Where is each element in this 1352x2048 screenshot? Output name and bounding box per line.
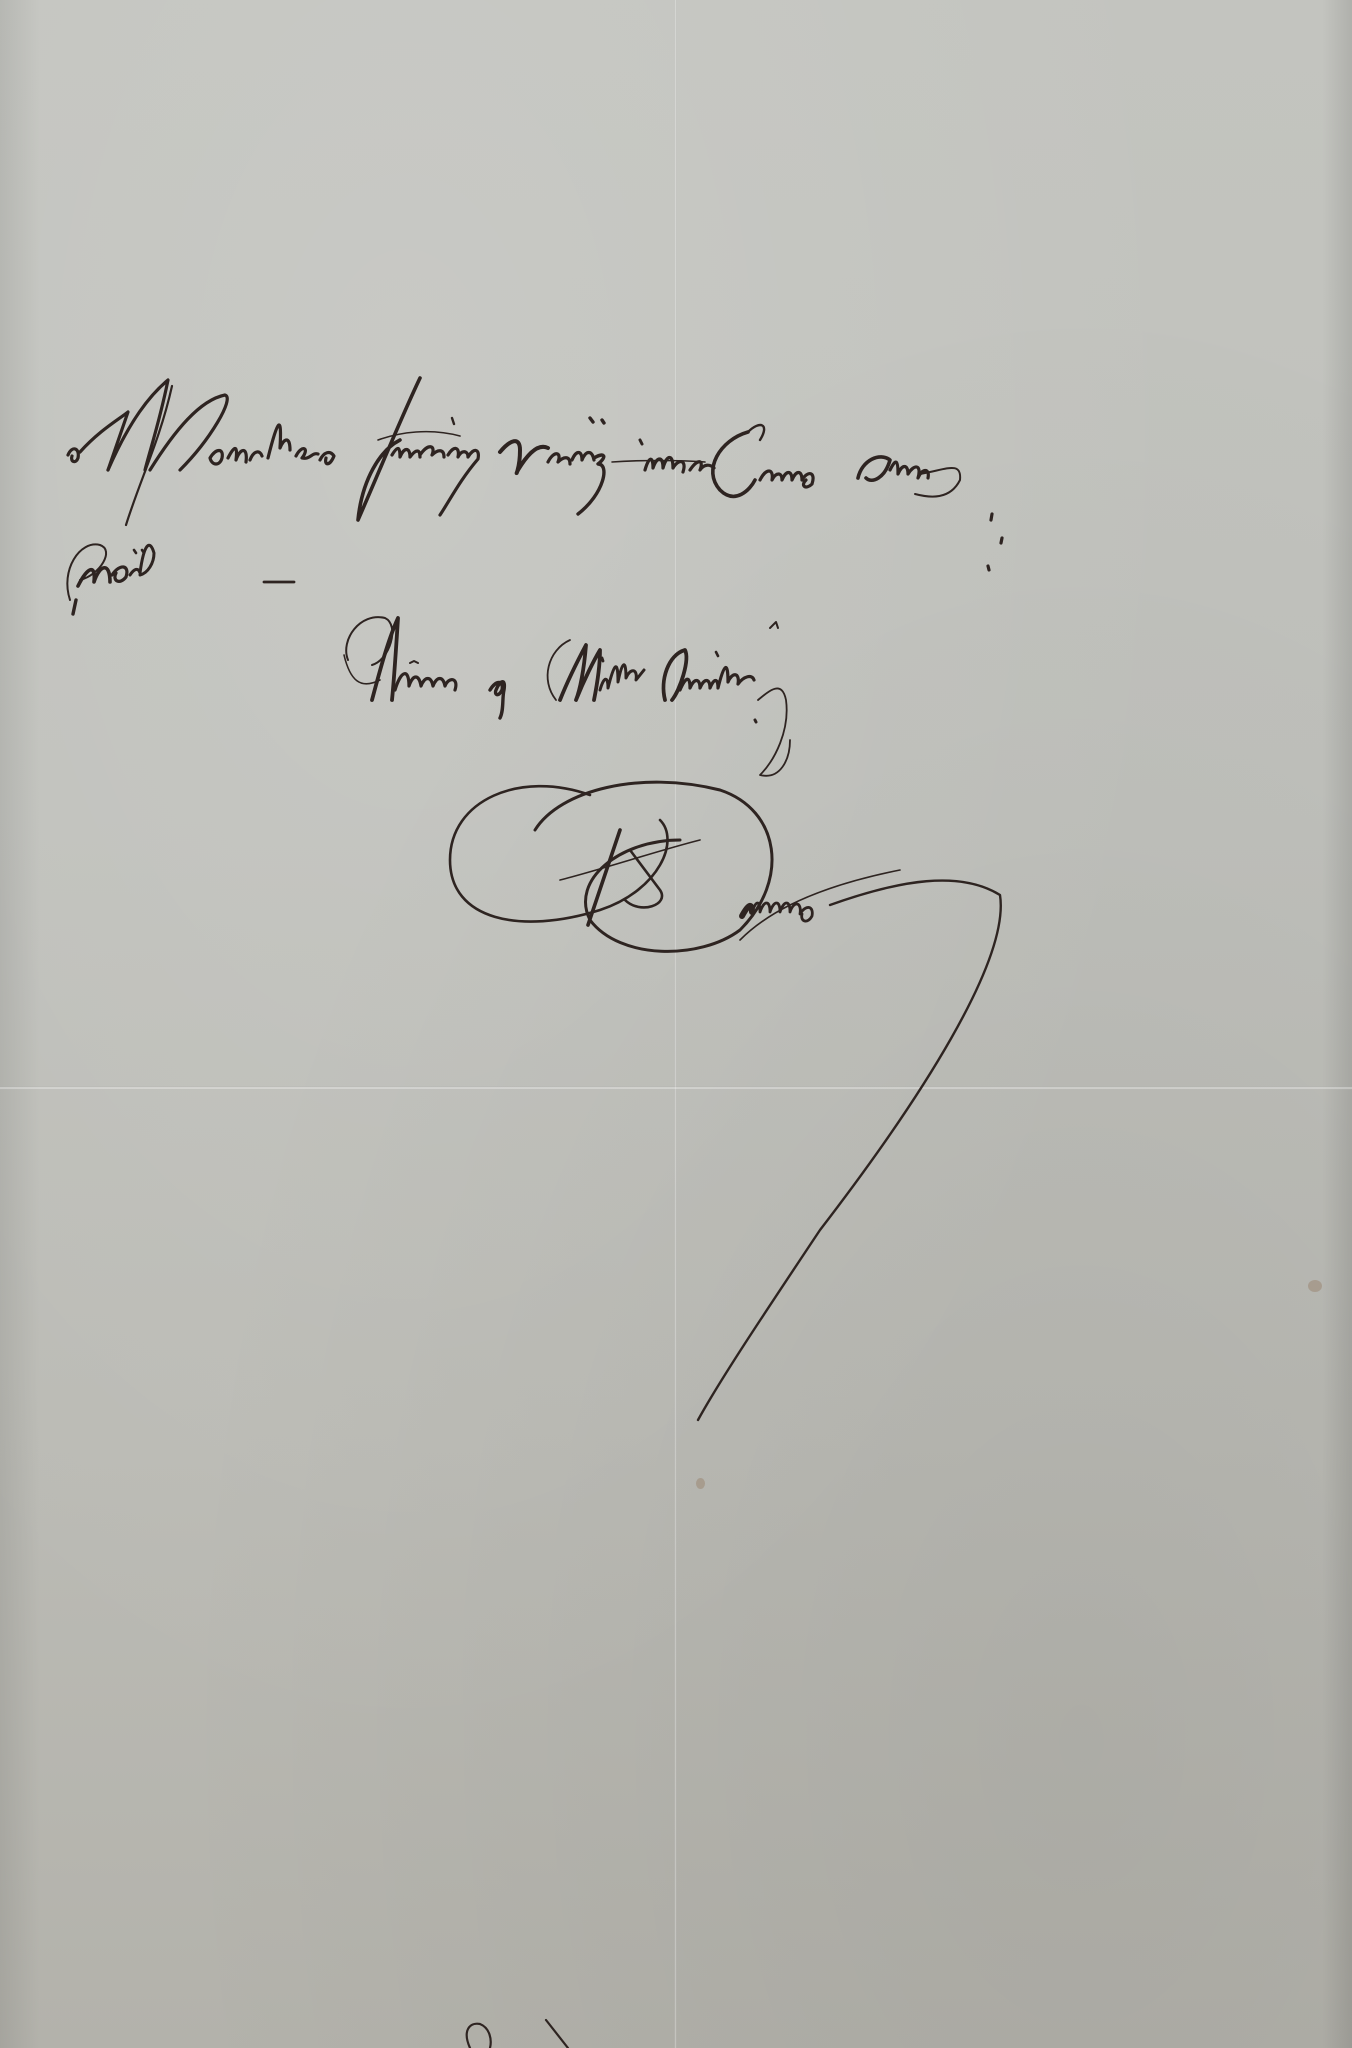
- bottom-partial-mark: [467, 2020, 568, 2048]
- handwriting-ink: [0, 0, 1352, 2048]
- handwritten-line-1: [68, 378, 478, 525]
- handwritten-closing: [344, 617, 790, 776]
- handwritten-line-2: [67, 544, 294, 614]
- letter-sheet: Mon cher Frédéric venez dîner à Cannes a…: [0, 0, 1352, 2048]
- signature: [450, 782, 1001, 1420]
- handwritten-line-1-cont: [500, 418, 1002, 570]
